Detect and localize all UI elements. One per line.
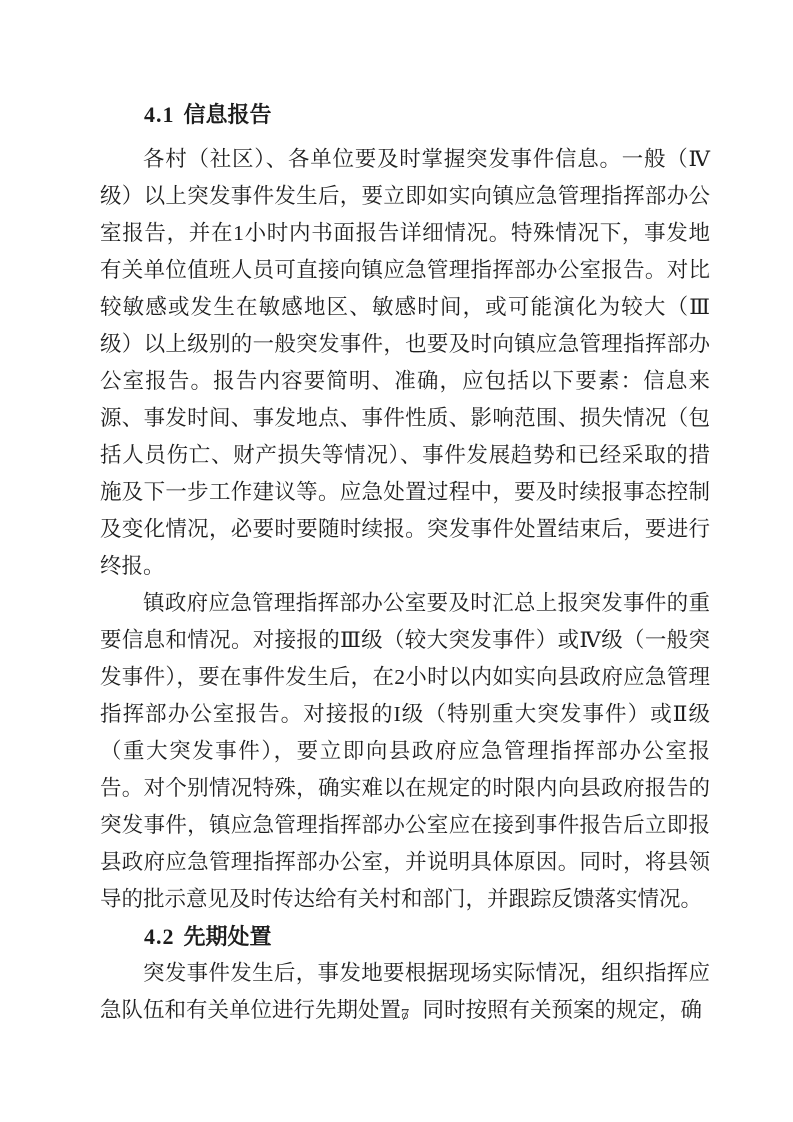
section-number: 4.1 bbox=[144, 102, 175, 127]
page-number: 7 bbox=[100, 1003, 710, 1027]
paragraph-info-report-2: 镇政府应急管理指挥部办公室要及时汇总上报突发事件的重要信息和情况。对接报的Ⅲ级（… bbox=[100, 585, 710, 918]
section-heading-4-1: 4.1信息报告 bbox=[100, 96, 710, 133]
document-body: 4.1信息报告 各村（社区）、各单位要及时掌握突发事件信息。一般（Ⅳ级）以上突发… bbox=[100, 96, 710, 1029]
section-number: 4.2 bbox=[144, 924, 175, 949]
section-heading-4-2: 4.2先期处置 bbox=[100, 918, 710, 955]
document-page: 4.1信息报告 各村（社区）、各单位要及时掌握突发事件信息。一般（Ⅳ级）以上突发… bbox=[0, 0, 793, 1122]
section-title: 信息报告 bbox=[184, 102, 272, 127]
paragraph-info-report-1: 各村（社区）、各单位要及时掌握突发事件信息。一般（Ⅳ级）以上突发事件发生后，要立… bbox=[100, 141, 710, 585]
section-title: 先期处置 bbox=[184, 924, 272, 949]
